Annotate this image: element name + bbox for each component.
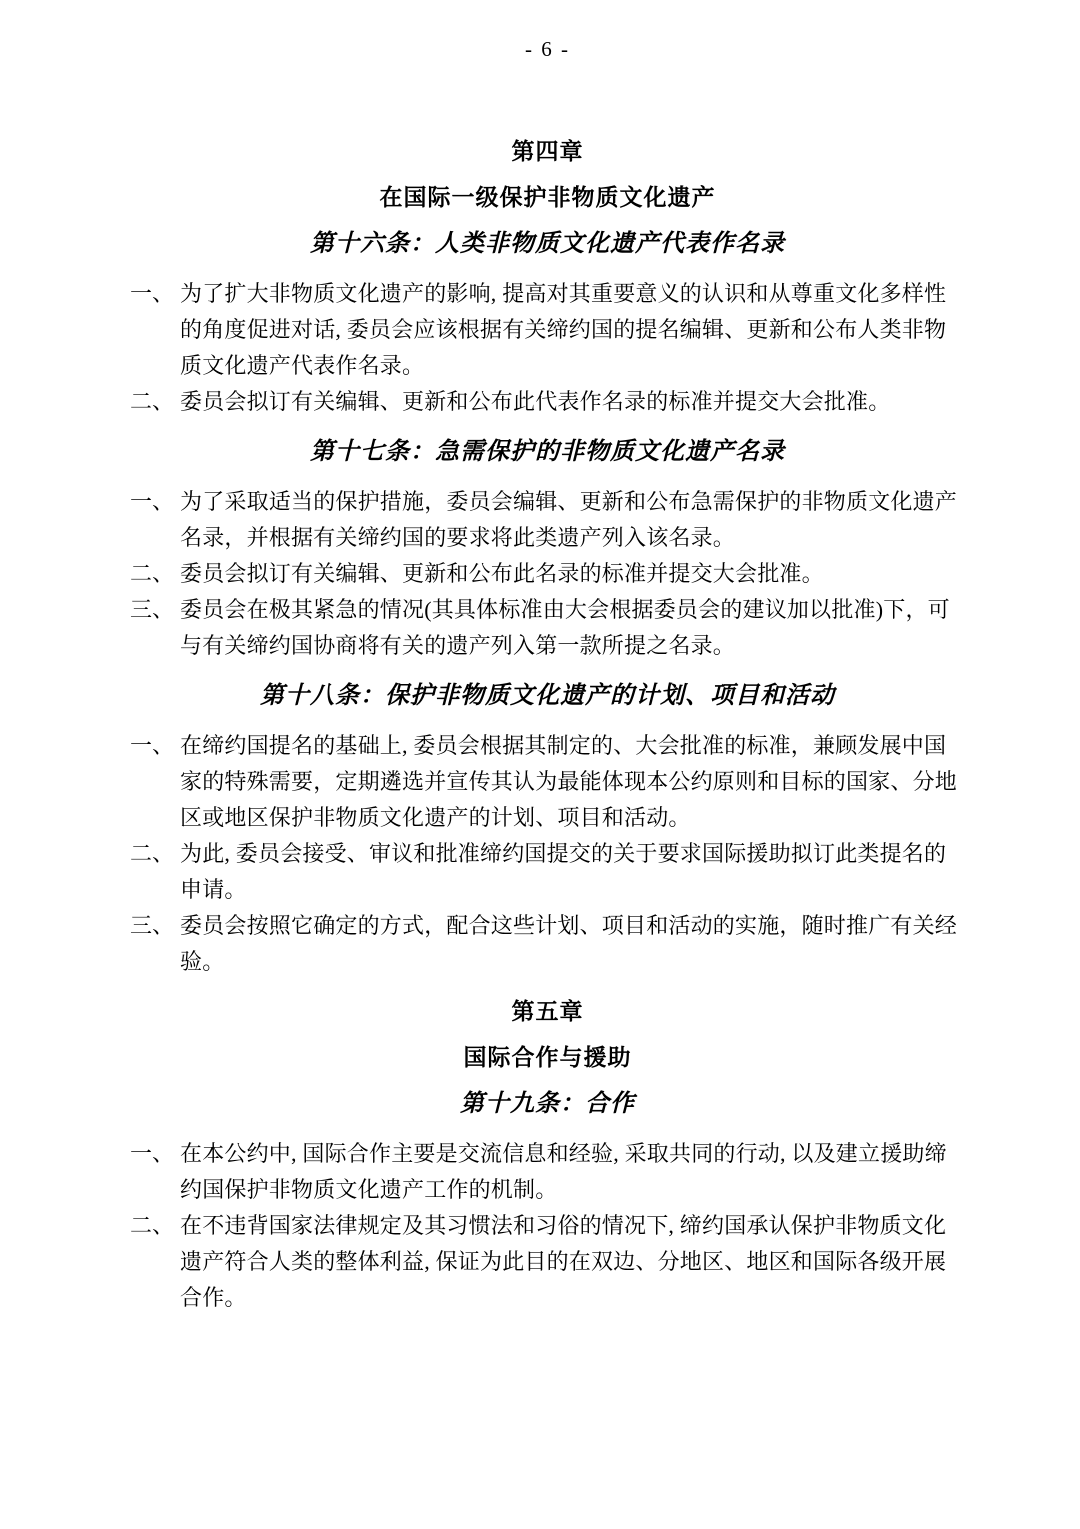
document-page: - 6 - 第四章 在国际一级保护非物质文化遗产 第十六条：人类非物质文化遗产代… <box>0 0 1080 1529</box>
item-text: 委员会在极其紧急的情况(其具体标准由大会根据委员会的建议加以批准)下，可 与有关… <box>180 592 965 664</box>
list-item: 二、 为此, 委员会接受、审议和批准缔约国提交的关于要求国际援助拟订此类提名的 … <box>130 836 965 908</box>
item-number: 一、 <box>130 276 180 312</box>
chapter-4-subtitle: 在国际一级保护非物质文化遗产 <box>130 182 965 212</box>
item-text: 在本公约中, 国际合作主要是交流信息和经验, 采取共同的行动, 以及建立援助缔 … <box>180 1136 965 1208</box>
item-number: 一、 <box>130 484 180 520</box>
item-text: 为了扩大非物质文化遗产的影响, 提高对其重要意义的认识和从尊重文化多样性 的角度… <box>180 276 965 384</box>
chapter-5-title: 第五章 <box>130 996 965 1026</box>
article-16-heading: 第十六条：人类非物质文化遗产代表作名录 <box>130 228 965 260</box>
article-17-heading: 第十七条：急需保护的非物质文化遗产名录 <box>130 436 965 468</box>
item-text: 为了采取适当的保护措施，委员会编辑、更新和公布急需保护的非物质文化遗产 名录，并… <box>180 484 965 556</box>
item-text: 委员会拟订有关编辑、更新和公布此名录的标准并提交大会批准。 <box>180 556 965 592</box>
article-19-items: 一、 在本公约中, 国际合作主要是交流信息和经验, 采取共同的行动, 以及建立援… <box>130 1136 965 1316</box>
list-item: 一、 为了扩大非物质文化遗产的影响, 提高对其重要意义的认识和从尊重文化多样性 … <box>130 276 965 384</box>
chapter-4-title: 第四章 <box>130 136 965 166</box>
chapter-5-subtitle: 国际合作与援助 <box>130 1042 965 1072</box>
list-item: 二、 委员会拟订有关编辑、更新和公布此代表作名录的标准并提交大会批准。 <box>130 384 965 420</box>
item-number: 三、 <box>130 908 180 944</box>
list-item: 二、 委员会拟订有关编辑、更新和公布此名录的标准并提交大会批准。 <box>130 556 965 592</box>
item-text: 委员会拟订有关编辑、更新和公布此代表作名录的标准并提交大会批准。 <box>180 384 965 420</box>
article-18-items: 一、 在缔约国提名的基础上, 委员会根据其制定的、大会批准的标准，兼顾发展中国 … <box>130 728 965 980</box>
page-number: - 6 - <box>130 38 965 60</box>
item-number: 二、 <box>130 556 180 592</box>
article-16-items: 一、 为了扩大非物质文化遗产的影响, 提高对其重要意义的认识和从尊重文化多样性 … <box>130 276 965 420</box>
list-item: 三、 委员会按照它确定的方式，配合这些计划、项目和活动的实施，随时推广有关经 验… <box>130 908 965 980</box>
article-17-items: 一、 为了采取适当的保护措施，委员会编辑、更新和公布急需保护的非物质文化遗产 名… <box>130 484 965 664</box>
article-18-heading: 第十八条：保护非物质文化遗产的计划、项目和活动 <box>130 680 965 712</box>
item-number: 三、 <box>130 592 180 628</box>
list-item: 一、 在缔约国提名的基础上, 委员会根据其制定的、大会批准的标准，兼顾发展中国 … <box>130 728 965 836</box>
item-text: 委员会按照它确定的方式，配合这些计划、项目和活动的实施，随时推广有关经 验。 <box>180 908 965 980</box>
item-number: 二、 <box>130 1208 180 1244</box>
item-number: 二、 <box>130 836 180 872</box>
item-number: 二、 <box>130 384 180 420</box>
list-item: 一、 为了采取适当的保护措施，委员会编辑、更新和公布急需保护的非物质文化遗产 名… <box>130 484 965 556</box>
item-text: 在缔约国提名的基础上, 委员会根据其制定的、大会批准的标准，兼顾发展中国 家的特… <box>180 728 965 836</box>
article-19-heading: 第十九条：合作 <box>130 1088 965 1120</box>
item-number: 一、 <box>130 728 180 764</box>
item-text: 为此, 委员会接受、审议和批准缔约国提交的关于要求国际援助拟订此类提名的 申请。 <box>180 836 965 908</box>
item-number: 一、 <box>130 1136 180 1172</box>
list-item: 二、 在不违背国家法律规定及其习惯法和习俗的情况下, 缔约国承认保护非物质文化 … <box>130 1208 965 1316</box>
list-item: 三、 委员会在极其紧急的情况(其具体标准由大会根据委员会的建议加以批准)下，可 … <box>130 592 965 664</box>
list-item: 一、 在本公约中, 国际合作主要是交流信息和经验, 采取共同的行动, 以及建立援… <box>130 1136 965 1208</box>
item-text: 在不违背国家法律规定及其习惯法和习俗的情况下, 缔约国承认保护非物质文化 遗产符… <box>180 1208 965 1316</box>
